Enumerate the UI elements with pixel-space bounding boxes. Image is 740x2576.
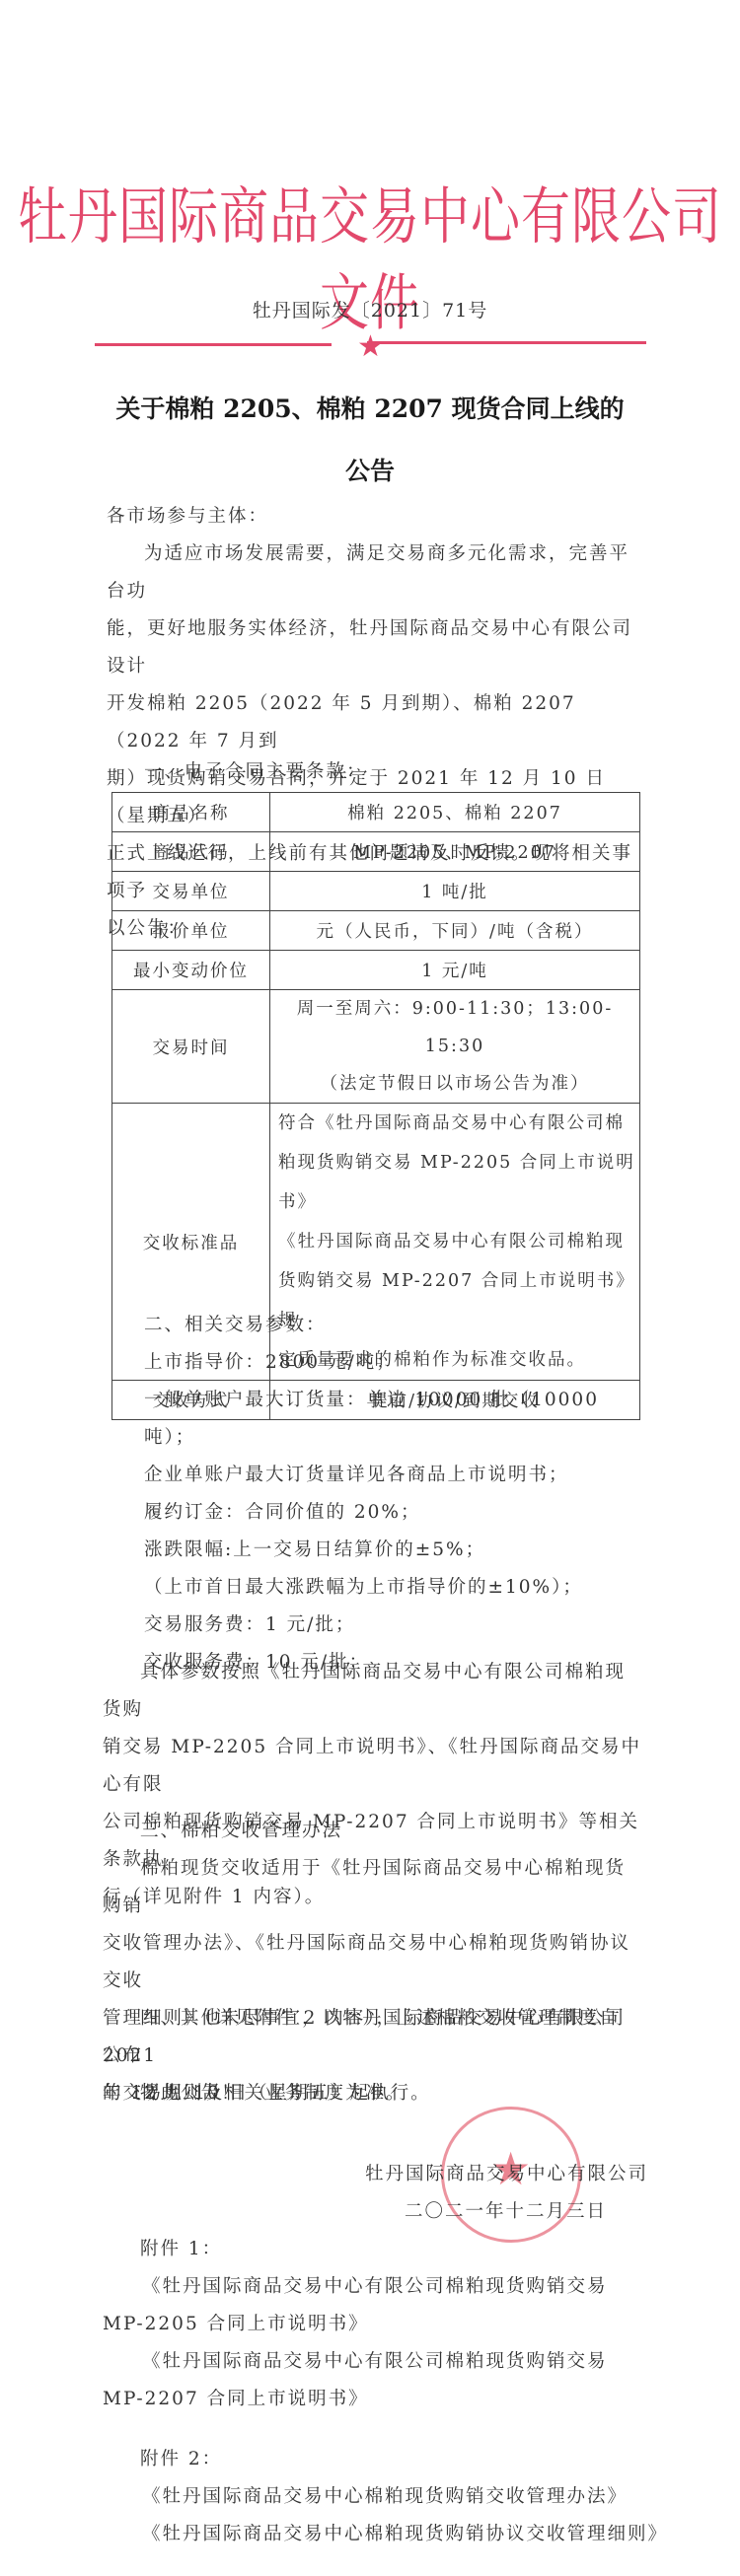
standard-line: 符合《牡丹国际商品交易中心有限公司棉 xyxy=(278,1104,639,1143)
attachment1-label: 附件 1： xyxy=(140,2231,222,2268)
notice-title-line1: 关于棉粕 2205、棉粕 2207 现货合同上线的 xyxy=(0,390,740,425)
param-item: 履约订金：合同价值的 20%； xyxy=(144,1494,647,1532)
section4-line: 四、其他未尽事宜，以牡丹国际商品交易中心有限公司公布 xyxy=(103,2000,645,2075)
attachment1-list: 《牡丹国际商品交易中心有限公司棉粕现货购销交易 MP-2205 合同上市说明书》… xyxy=(103,2268,655,2418)
table-label: 交易单位 xyxy=(112,872,270,911)
table-label: 商品名称 xyxy=(112,793,270,832)
section1-heading: 一、电子合同主要条款： xyxy=(144,753,367,791)
intro-line: 开发棉粕 2205（2022 年 5 月到期）、棉粕 2207（2022 年 7… xyxy=(107,685,639,760)
attachment-item: MP-2207 合同上市说明书》 xyxy=(103,2381,655,2418)
document-number: 牡丹国际发〔2021〕71号 xyxy=(0,296,740,322)
table-value: MP-2205、MP-2207 xyxy=(270,832,640,872)
holiday-note: （法定节假日以市场公告为准） xyxy=(270,1065,639,1103)
attachment-item: 《牡丹国际商品交易中心有限公司棉粕现货购销交易 xyxy=(103,2343,655,2381)
standard-line: 粕现货购销交易 MP-2205 合同上市说明书》 xyxy=(278,1143,639,1222)
header-divider-left xyxy=(95,343,332,346)
star-icon: ★ xyxy=(357,332,384,362)
section3-line: 交收管理办法》、《牡丹国际商品交易中心棉粕现货购销协议交收 xyxy=(103,1925,645,2000)
attachment-item: 《牡丹国际商品交易中心棉粕现货购销交收管理办法》 xyxy=(142,2478,695,2516)
table-row: 交易单位 1 吨/批 xyxy=(112,872,640,911)
signature-org: 牡丹国际商品交易中心有限公司 xyxy=(365,2160,648,2185)
table-row: 最小变动价位 1 元/吨 xyxy=(112,951,640,990)
table-label: 最小变动价位 xyxy=(112,951,270,990)
section2-heading: 二、相关交易参数： xyxy=(144,1307,647,1344)
section2: 二、相关交易参数： 上市指导价：2800 元/吨； 一般单账户最大订货量：单边 … xyxy=(144,1307,647,1682)
attachment2-label: 附件 2： xyxy=(140,2441,222,2478)
signature-date: 二〇二一年十二月三日 xyxy=(405,2197,607,2223)
detail-line: 具体参数按照《牡丹国际商品交易中心有限公司棉粕现货购 xyxy=(103,1654,645,1729)
attachment2-list: 《牡丹国际商品交易中心棉粕现货购销交收管理办法》 《牡丹国际商品交易中心棉粕现货… xyxy=(142,2478,695,2553)
table-label: 报价单位 xyxy=(112,911,270,951)
standard-line: 《牡丹国际商品交易中心有限公司棉粕现 xyxy=(278,1222,639,1261)
param-item: 涨跌限幅:上一交易日结算价的±5%； xyxy=(144,1532,647,1569)
param-item: 交易服务费：1 元/批； xyxy=(144,1607,647,1644)
table-row: 商品名称 棉粕 2205、棉粕 2207 xyxy=(112,793,640,832)
trading-hours: 周一至周六：9:00-11:30；13:00-15:30 xyxy=(270,990,639,1065)
table-value: 1 元/吨 xyxy=(270,951,640,990)
table-row: 报价单位 元（人民币，下同）/吨（含税） xyxy=(112,911,640,951)
table-label: 商品代码 xyxy=(112,832,270,872)
table-row: 交易时间 周一至周六：9:00-11:30；13:00-15:30 （法定节假日… xyxy=(112,990,640,1104)
table-value: 周一至周六：9:00-11:30；13:00-15:30 （法定节假日以市场公告… xyxy=(270,990,640,1104)
table-row: 商品代码 MP-2205、MP-2207 xyxy=(112,832,640,872)
param-item: 上市指导价：2800 元/吨； xyxy=(144,1344,647,1382)
detail-line: 销交易 MP-2205 合同上市说明书》、《牡丹国际商品交易中心有限 xyxy=(103,1729,645,1804)
intro-line: 能，更好地服务实体经济，牡丹国际商品交易中心有限公司设计 xyxy=(107,610,639,685)
salutation: 各市场参与主体： xyxy=(107,498,268,536)
attachment-item: 《牡丹国际商品交易中心棉粕现货购销协议交收管理细则》 xyxy=(142,2516,695,2553)
table-value: 元（人民币，下同）/吨（含税） xyxy=(270,911,640,951)
notice-title-line2: 公告 xyxy=(0,452,740,487)
attachment-item: MP-2205 合同上市说明书》 xyxy=(103,2306,655,2343)
param-item: 一般单账户最大订货量：单边 10000 批（10000 吨）； xyxy=(144,1382,647,1457)
intro-line: 为适应市场发展需要，满足交易商多元化需求，完善平台功 xyxy=(107,536,639,610)
param-item: 企业单账户最大订货量详见各商品上市说明书； xyxy=(144,1457,647,1494)
section3-heading: 三、棉粕交收管理办法 xyxy=(140,1813,342,1850)
attachment-item: 《牡丹国际商品交易中心有限公司棉粕现货购销交易 xyxy=(103,2268,655,2306)
table-value: 棉粕 2205、棉粕 2207 xyxy=(270,793,640,832)
closing: 特此公告！ xyxy=(140,2075,242,2112)
table-label: 交易时间 xyxy=(112,990,270,1104)
param-item: （上市首日最大涨跌幅为上市指导价的±10%）； xyxy=(144,1569,647,1607)
header-divider-right xyxy=(367,341,646,344)
table-value: 1 吨/批 xyxy=(270,872,640,911)
section3-line: 棉粕现货交收适用于《牡丹国际商品交易中心棉粕现货购销 xyxy=(103,1850,645,1925)
